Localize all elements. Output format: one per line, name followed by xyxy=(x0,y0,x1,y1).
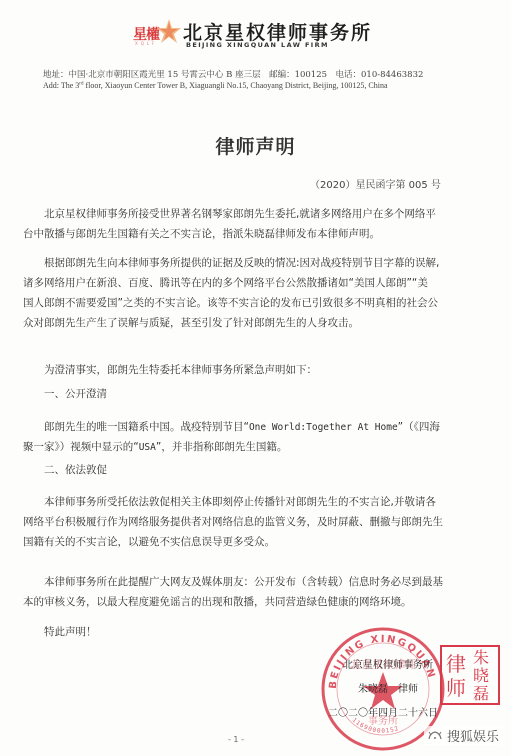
text-line: 为澄清事实，郎朗先生特委托本律师事务所紧急声明如下： xyxy=(23,360,443,380)
seal-char: 朱 xyxy=(473,648,489,668)
document-number: （2020）星民函字第 005 号 xyxy=(310,176,441,191)
text-line: 聚一家》）视频中显示的“USA”，并非指称郎朗先生国籍。 xyxy=(23,437,443,457)
section-1-title: 一、公开澄清 xyxy=(23,384,443,404)
document-title: 律师声明 xyxy=(0,132,511,159)
page-number: - 1 - xyxy=(228,735,244,744)
text-segment: 郎朗先生的唯一国籍系中国。战疫特别节目“ xyxy=(44,421,249,433)
seal-char: 律 xyxy=(446,654,466,674)
sohu-fox-icon xyxy=(427,730,443,742)
watermark: 搜狐娱乐 xyxy=(424,726,502,745)
text-line: 根据郎朗先生向本律师事务所提供的证据及反映的情况:因对战疫特别节目字幕的误解, xyxy=(23,253,443,273)
text-line: 台中散播与郎朗先生国籍有关之不实言论，指派朱晓磊律师发布本律师声明。 xyxy=(23,224,443,244)
lawyer-seal: 律 师 朱 晓 磊 xyxy=(440,645,500,705)
paragraph-statement-intro: 为澄清事实，郎朗先生特委托本律师事务所紧急声明如下： xyxy=(23,360,443,380)
text-line: 众对郎朗先生产生了误解与质疑，甚至引发了针对郎朗先生的人身攻击。 xyxy=(23,313,443,333)
paragraph-reminder: 本律师事务所在此提醒广大网友及媒体朋友：公开发布（含转载）信息时务必尽到最基 本… xyxy=(23,572,443,612)
firm-name-en: BEIJING XINGQUAN LAW FIRM xyxy=(186,41,329,49)
document-page: 星權 XQLF 北京星权律师事务所 BEIJING XINGQUAN LAW F… xyxy=(0,0,511,756)
seal-char: 磊 xyxy=(473,684,489,704)
seal-char: 晓 xyxy=(473,666,489,686)
address-en: Add: The 3rd floor, Xiaoyun Center Tower… xyxy=(43,81,388,90)
text-line: 郎朗先生的唯一国籍系中国。战疫特别节目“One World:Together A… xyxy=(23,417,443,437)
text-line: 国籍有关的不实言论，以避免不实信息误导更多受众。 xyxy=(23,532,443,552)
address-en-prefix: Add: The 3 xyxy=(43,81,79,90)
text-line: 本律师事务所在此提醒广大网友及媒体朋友：公开发布（含转载）信息时务必尽到最基 xyxy=(23,572,443,592)
paragraph-background: 根据郎朗先生向本律师事务所提供的证据及反映的情况:因对战疫特别节目字幕的误解, … xyxy=(23,253,443,333)
star-logo-icon xyxy=(156,18,182,44)
letterhead: 星權 XQLF 北京星权律师事务所 BEIJING XINGQUAN LAW F… xyxy=(0,0,511,100)
text-segment: 聚一家》）视频中显示的“ xyxy=(23,441,139,453)
usa-label: USA xyxy=(139,442,156,453)
text-segment: ”，并非指称郎朗先生国籍。 xyxy=(156,441,287,453)
text-line: 北京星权律师事务所接受世界著名钢琴家郎朗先生委托,就诸多网络用户在多个网络平 xyxy=(23,204,443,224)
paragraph-urging: 本律师事务所受托依法敦促相关主体即刻停止传播针对郎朗先生的不实言论,并敬请各 网… xyxy=(23,492,443,552)
signature-lawyer: 朱晓磊 律师 xyxy=(358,680,418,695)
paragraph-clarification: 郎朗先生的唯一国籍系中国。战疫特别节目“One World:Together A… xyxy=(23,417,443,457)
text-line: 本律师事务所受托依法敦促相关主体即刻停止传播针对郎朗先生的不实言论,并敬请各 xyxy=(23,492,443,512)
text-line: 本的审核义务，以最大程度避免谣言的出现和散播，共同营造绿色健康的网络环境。 xyxy=(23,592,443,612)
watermark-text: 搜狐娱乐 xyxy=(447,726,499,745)
text-line: 网络平台积极履行作为网络服务提供者对网络信息的监管义务，及时屏蔽、删撤与郎朗先生 xyxy=(23,512,443,532)
seal-char: 师 xyxy=(446,678,466,698)
program-name: One World:Together At Home xyxy=(249,422,398,433)
section-2-title: 二、依法敦促 xyxy=(23,460,443,480)
logo-subtext: XQLF xyxy=(135,41,157,46)
text-line: 诸多网络用户在新浪、百度、腾讯等在内的多个网络平台公然散播诸如“美国人郎朗”“美 xyxy=(23,273,443,293)
signature-date: 二〇二〇年四月二十六日 xyxy=(328,704,438,719)
address-en-suffix: floor, Xiaoyun Center Tower B, Xiaguangl… xyxy=(83,81,387,90)
signature-firm: 北京星权律师事务所 xyxy=(343,656,433,671)
paragraph-intro: 北京星权律师事务所接受世界著名钢琴家郎朗先生委托,就诸多网络用户在多个网络平 台… xyxy=(23,204,443,244)
section-heading-2: 二、依法敦促 xyxy=(23,460,443,480)
text-line: 国人郎朗不需要爱国”之类的不实言论。该等不实言论的发布已引致很多不明真相的社会公 xyxy=(23,293,443,313)
address-cn: 地址：中国·北京市朝阳区霞光里 15 号霄云中心 B 座三层 邮编：100125… xyxy=(43,68,423,80)
section-heading-1: 一、公开澄清 xyxy=(23,384,443,404)
text-segment: ”（《四海 xyxy=(398,421,440,433)
